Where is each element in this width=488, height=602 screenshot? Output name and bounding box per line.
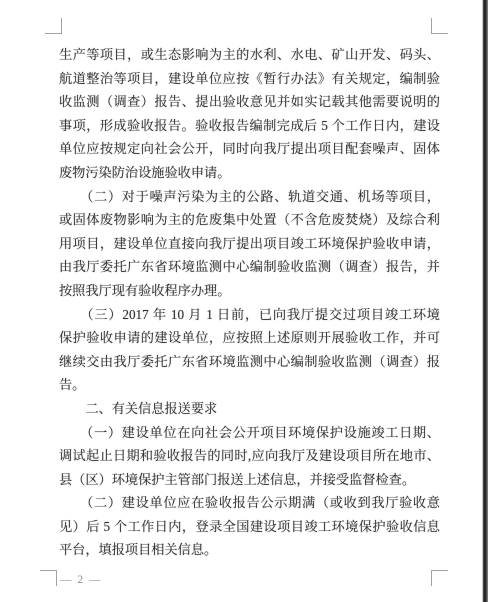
text-line: 保护验收申请的建设单位，应按照上述原则开展验收工作，并可 (59, 326, 440, 350)
text-line: 平台，填报项目相关信息。 (59, 538, 440, 562)
text-line: 生产等项目，或生态影响为主的水利、水电、矿山开发、码头、 (59, 43, 440, 67)
page-number: — 2 — (60, 572, 102, 588)
text-line: 调试起止日期和验收报告的同时,应向我厅及建设项目所在地市、 (59, 444, 440, 468)
section-heading: 二、有关信息报送要求 (59, 397, 440, 421)
text-line: 航道整治等项目，建设单位应按《暂行办法》有关规定，编制验 (59, 67, 440, 91)
paragraph: （一）建设单位在向社会公开项目环境保护设施竣工日期、调试起止日期和验收报告的同时… (59, 421, 440, 492)
text-line: 用项目，建设单位直接向我厅提出项目竣工环境保护验收申请， (59, 232, 440, 256)
paragraph: （二）对于噪声污染为主的公路、轨道交通、机场等项目，或固体废物影响为主的危废集中… (59, 185, 440, 303)
paragraph: （二）建设单位应在验收报告公示期满（或收到我厅验收意见）后 5 个工作日内，登录… (59, 491, 440, 562)
corner-mark-top-left (45, 18, 62, 34)
paragraph: 生产等项目，或生态影响为主的水利、水电、矿山开发、码头、航道整治等项目，建设单位… (59, 43, 440, 185)
text-line: 继续交由我厅委托广东省环境监测中心编制验收监测（调查）报 (59, 350, 440, 374)
paragraph: （三）2017 年 10 月 1 日前，已向我厅提交过项目竣工环境保护验收申请的… (59, 303, 440, 397)
text-line: 按照我厅现有验收程序办理。 (59, 279, 440, 303)
text-line: （二）建设单位应在验收报告公示期满（或收到我厅验收意 (59, 491, 440, 515)
document-page: 生产等项目，或生态影响为主的水利、水电、矿山开发、码头、航道整治等项目，建设单位… (0, 0, 488, 602)
text-line: 单位应按规定向社会公开，同时向我厅提出项目配套噪声、固体 (59, 137, 440, 161)
corner-mark-bottom-left (40, 570, 57, 586)
text-line: 告。 (59, 373, 440, 397)
text-line: （二）对于噪声污染为主的公路、轨道交通、机场等项目， (59, 185, 440, 209)
document-body: 生产等项目，或生态影响为主的水利、水电、矿山开发、码头、航道整治等项目，建设单位… (59, 43, 440, 562)
text-line: 废物污染防治设施验收申请。 (59, 161, 440, 185)
heading-line: 二、有关信息报送要求 (59, 397, 440, 421)
text-line: 事项，形成验收报告。验收报告编制完成后 5 个工作日内，建设 (59, 114, 440, 138)
text-line: 由我厅委托广东省环境监测中心编制验收监测（调查）报告，并 (59, 255, 440, 279)
text-line: （一）建设单位在向社会公开项目环境保护设施竣工日期、 (59, 421, 440, 445)
text-line: 或固体废物影响为主的危废集中处置（不含危废焚烧）及综合利 (59, 208, 440, 232)
corner-mark-bottom-right (431, 570, 448, 586)
text-line: 县（区）环境保护主管部门报送上述信息，并接受监督检查。 (59, 468, 440, 492)
text-line: 见）后 5 个工作日内，登录全国建设项目竣工环境保护验收信息 (59, 515, 440, 539)
text-line: （三）2017 年 10 月 1 日前，已向我厅提交过项目竣工环境 (59, 303, 440, 327)
corner-mark-top-right (431, 18, 448, 34)
scan-edge-shadow (481, 0, 488, 602)
text-line: 收监测（调查）报告、提出验收意见并如实记载其他需要说明的 (59, 90, 440, 114)
